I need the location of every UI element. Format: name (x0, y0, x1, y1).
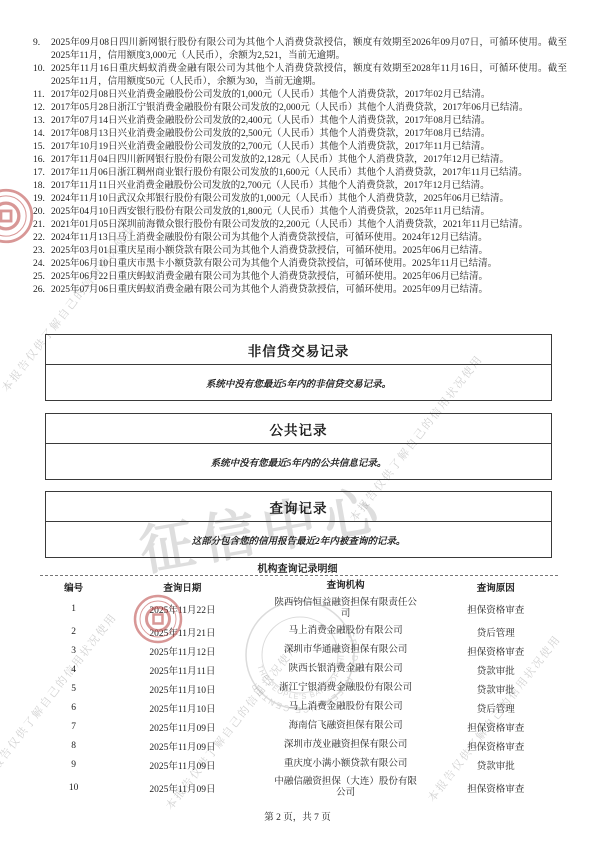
query-table-title: 机构查询记录明细 (0, 560, 595, 575)
loan-record-text: 2025年04月10日西安银行股份有限公司发放的1,800元（人民币）其他个人消… (51, 206, 567, 219)
loan-record-number: 11. (33, 89, 51, 102)
loan-record-text: 2017年05月28日浙江宁银消费金融股份有限公司发放的2,000元（人民币）其… (51, 102, 567, 115)
loan-record-item: 21. 2021年01月05日深圳前海微众银行股份有限公司发放的2,200元（人… (33, 219, 567, 232)
loan-record-item: 22. 2024年11月13日马上消费金融股份有限公司为其他个人消费贷款授信，可… (33, 232, 567, 245)
loan-record-text: 2025年06月22日重庆蚂蚁消费金融有限公司为其他个人消费贷款授信，可循环使用… (51, 271, 567, 284)
cell-institution: 马上消费金融股份有限公司 (258, 702, 434, 713)
cell-number: 10 (40, 783, 107, 793)
loan-record-text: 2025年06月10日重庆市黑卡小额贷款有限公司为其他个人消费贷款授信，可循环使… (51, 258, 567, 271)
loan-record-item: 25. 2025年06月22日重庆蚂蚁消费金融有限公司为其他个人消费贷款授信，可… (33, 271, 567, 284)
loan-record-item: 12. 2017年05月28日浙江宁银消费金融股份有限公司发放的2,000元（人… (33, 102, 567, 115)
loan-record-number: 23. (33, 245, 51, 258)
loan-record-item: 24. 2025年06月10日重庆市黑卡小额贷款有限公司为其他个人消费贷款授信，… (33, 258, 567, 271)
loan-record-number: 19. (33, 193, 51, 206)
loan-record-item: 23. 2025年03月01日重庆星雨小额贷款有限公司为其他个人消费贷款授信，可… (33, 245, 567, 258)
section-title: 查询记录 (46, 492, 551, 522)
cell-number: 8 (40, 741, 107, 751)
loan-record-text: 2024年11月13日马上消费金融股份有限公司为其他个人消费贷款授信，可循环使用… (51, 232, 567, 245)
loan-record-text: 2017年11月04日四川新网银行股份有限公司发放的2,128元（人民币）其他个… (51, 154, 567, 167)
cell-reason: 贷款审批 (434, 663, 558, 677)
section-public-records: 公共记录 系统中没有您最近5年内的公共信息记录。 (45, 413, 552, 480)
loan-record-text: 2025年11月16日重庆蚂蚁消费金融有限公司为其他个人消费贷款授信，额度有效期… (51, 63, 567, 89)
cell-reason: 贷款审批 (434, 758, 558, 772)
loan-record-item: 19. 2024年11月10日武汉众邦银行股份有限公司发放的1,000元（人民币… (33, 193, 567, 206)
cell-institution: 海南信飞融资担保有限公司 (258, 721, 434, 732)
table-row: 7 2025年11月09日 海南信飞融资担保有限公司 担保资格审查 (40, 717, 558, 736)
loan-record-number: 25. (33, 271, 51, 284)
cell-number: 9 (40, 760, 107, 770)
loan-record-text: 2017年11月06日浙江稠州商业银行股份有限公司发放的1,600元（人民币）其… (51, 167, 567, 180)
loan-record-text: 2025年09月08日四川新网银行股份有限公司为其他个人消费贷款授信，额度有效期… (51, 37, 567, 63)
loan-record-item: 11. 2017年02月08日兴业消费金融股份公司发放的1,000元（人民币）其… (33, 89, 567, 102)
loan-record-item: 17. 2017年11月06日浙江稠州商业银行股份有限公司发放的1,600元（人… (33, 167, 567, 180)
cell-date: 2025年11月10日 (107, 682, 257, 696)
table-row: 10 2025年11月09日 中融信融资担保（大连）股份有限公司 担保资格审查 (40, 774, 558, 801)
loan-record-text: 2025年03月01日重庆星雨小额贷款有限公司为其他个人消费贷款授信，可循环使用… (51, 245, 567, 258)
header-cell-institution: 查询机构 (258, 581, 434, 592)
table-row: 6 2025年11月10日 马上消费金融股份有限公司 贷后管理 (40, 698, 558, 717)
cell-number: 3 (40, 646, 107, 656)
loan-record-item: 14. 2017年08月13日兴业消费金融股份公司发放的2,500元（人民币）其… (33, 128, 567, 141)
loan-record-number: 14. (33, 128, 51, 141)
loan-record-text: 2024年11月10日武汉众邦银行股份有限公司发放的1,000元（人民币）其他个… (51, 193, 567, 206)
header-cell-reason: 查询原因 (434, 580, 558, 594)
table-row: 8 2025年11月09日 深圳市茂业融资担保有限公司 担保资格审查 (40, 736, 558, 755)
loan-record-item: 15. 2017年10月19日兴业消费金融股份公司发放的2,700元（人民币）其… (33, 141, 567, 154)
cell-date: 2025年11月09日 (107, 758, 257, 772)
red-seal-icon (0, 188, 34, 244)
table-row: 3 2025年11月12日 深圳市华通融资担保有限公司 担保资格审查 (40, 641, 558, 660)
cell-date: 2025年11月09日 (107, 781, 257, 795)
loan-record-item: 16. 2017年11月04日四川新网银行股份有限公司发放的2,128元（人民币… (33, 154, 567, 167)
section-title: 公共记录 (46, 414, 551, 444)
cell-institution: 马上消费金融股份有限公司 (258, 626, 434, 637)
cell-reason: 贷款审批 (434, 682, 558, 696)
loan-record-text: 2025年07月06日重庆蚂蚁消费金融有限公司为其他个人消费贷款授信，可循环使用… (51, 284, 567, 297)
cell-date: 2025年11月11日 (107, 663, 257, 677)
loan-record-item: 9. 2025年09月08日四川新网银行股份有限公司为其他个人消费贷款授信，额度… (33, 37, 567, 63)
table-row: 5 2025年11月10日 浙江宁银消费金融股份有限公司 贷款审批 (40, 679, 558, 698)
cell-institution: 深圳市茂业融资担保有限公司 (258, 740, 434, 751)
cell-institution: 浙江宁银消费金融股份有限公司 (258, 683, 434, 694)
section-title: 非信贷交易记录 (46, 335, 551, 365)
loan-record-number: 12. (33, 102, 51, 115)
loan-record-number: 16. (33, 154, 51, 167)
loan-record-text: 2017年07月14日兴业消费金融股份公司发放的2,400元（人民币）其他个人消… (51, 115, 567, 128)
query-table: 编号 查询日期 查询机构 查询原因 1 2025年11月22日 陕西钧信恒益融资… (40, 575, 558, 801)
query-table-header-row: 编号 查询日期 查询机构 查询原因 (40, 576, 558, 595)
loan-record-item: 18. 2017年11月11日兴业消费金融股份公司发放的2,700元（人民币）其… (33, 180, 567, 193)
loan-record-number: 10. (33, 63, 51, 89)
cell-institution: 陕西长银消费金融有限公司 (258, 664, 434, 675)
cell-date: 2025年11月09日 (107, 739, 257, 753)
table-row: 9 2025年11月09日 重庆度小满小额贷款有限公司 贷款审批 (40, 755, 558, 774)
cell-date: 2025年11月12日 (107, 644, 257, 658)
loan-record-number: 17. (33, 167, 51, 180)
loan-record-text: 2017年10月19日兴业消费金融股份公司发放的2,700元（人民币）其他个人消… (51, 141, 567, 154)
loan-record-item: 26. 2025年07月06日重庆蚂蚁消费金融有限公司为其他个人消费贷款授信，可… (33, 284, 567, 297)
loan-record-number: 22. (33, 232, 51, 245)
cell-number: 2 (40, 627, 107, 637)
section-noncredit-transactions: 非信贷交易记录 系统中没有您最近5年内的非信贷交易记录。 (45, 334, 552, 401)
loan-record-text: 2017年11月11日兴业消费金融股份公司发放的2,700元（人民币）其他个人消… (51, 180, 567, 193)
header-cell-number: 编号 (40, 580, 107, 594)
cell-number: 5 (40, 684, 107, 694)
cell-reason: 贷后管理 (434, 625, 558, 639)
loan-record-list: 9. 2025年09月08日四川新网银行股份有限公司为其他个人消费贷款授信，额度… (33, 37, 567, 297)
cell-date: 2025年11月09日 (107, 720, 257, 734)
query-table-body: 1 2025年11月22日 陕西钧信恒益融资担保有限责任公司 担保资格审查 2 … (40, 595, 558, 801)
table-row: 2 2025年11月21日 马上消费金融股份有限公司 贷后管理 (40, 622, 558, 641)
section-description: 系统中没有您最近5年内的非信贷交易记录。 (46, 365, 551, 400)
section-description: 这部分包含您的信用报告最近2年内被查询的记录。 (46, 522, 551, 557)
page-number-indicator: 第 2 页，共 7 页 (0, 809, 595, 823)
cell-reason: 担保资格审查 (434, 739, 558, 753)
loan-record-number: 13. (33, 115, 51, 128)
table-row: 4 2025年11月11日 陕西长银消费金融有限公司 贷款审批 (40, 660, 558, 679)
loan-record-number: 15. (33, 141, 51, 154)
loan-record-text: 2017年02月08日兴业消费金融股份公司发放的1,000元（人民币）其他个人消… (51, 89, 567, 102)
cell-number: 1 (40, 604, 107, 614)
loan-record-number: 26. (33, 284, 51, 297)
table-row: 1 2025年11月22日 陕西钧信恒益融资担保有限责任公司 担保资格审查 (40, 595, 558, 622)
loan-record-item: 13. 2017年07月14日兴业消费金融股份公司发放的2,400元（人民币）其… (33, 115, 567, 128)
loan-record-text: 2017年08月13日兴业消费金融股份公司发放的2,500元（人民币）其他个人消… (51, 128, 567, 141)
loan-record-item: 10. 2025年11月16日重庆蚂蚁消费金融有限公司为其他个人消费贷款授信，额… (33, 63, 567, 89)
cell-institution: 重庆度小满小额贷款有限公司 (258, 759, 434, 770)
cell-reason: 担保资格审查 (434, 644, 558, 658)
cell-number: 4 (40, 665, 107, 675)
loan-record-text: 2021年01月05日深圳前海微众银行股份有限公司发放的2,200元（人民币）其… (51, 219, 567, 232)
section-description: 系统中没有您最近5年内的公共信息记录。 (46, 444, 551, 479)
cell-reason: 担保资格审查 (434, 602, 558, 616)
cell-reason: 贷后管理 (434, 701, 558, 715)
loan-record-number: 24. (33, 258, 51, 271)
section-query-records: 查询记录 这部分包含您的信用报告最近2年内被查询的记录。 (45, 491, 552, 558)
cell-institution: 陕西钧信恒益融资担保有限责任公司 (258, 598, 434, 620)
header-cell-date: 查询日期 (107, 580, 257, 594)
credit-report-page-2: 征信中心 本报告仅供了解自己的信用状况使用 本报告仅供了解自己的信用状况使用 本… (0, 0, 595, 842)
red-seal-icon (133, 594, 183, 644)
cell-institution: 深圳市华通融资担保有限公司 (258, 645, 434, 656)
cell-date: 2025年11月10日 (107, 701, 257, 715)
loan-record-item: 20. 2025年04月10日西安银行股份有限公司发放的1,800元（人民币）其… (33, 206, 567, 219)
loan-record-number: 20. (33, 206, 51, 219)
loan-record-number: 18. (33, 180, 51, 193)
loan-record-number: 9. (33, 37, 51, 63)
cell-reason: 担保资格审查 (434, 781, 558, 795)
cell-institution: 中融信融资担保（大连）股份有限公司 (258, 777, 434, 799)
cell-reason: 担保资格审查 (434, 720, 558, 734)
loan-record-number: 21. (33, 219, 51, 232)
cell-number: 7 (40, 722, 107, 732)
cell-number: 6 (40, 703, 107, 713)
